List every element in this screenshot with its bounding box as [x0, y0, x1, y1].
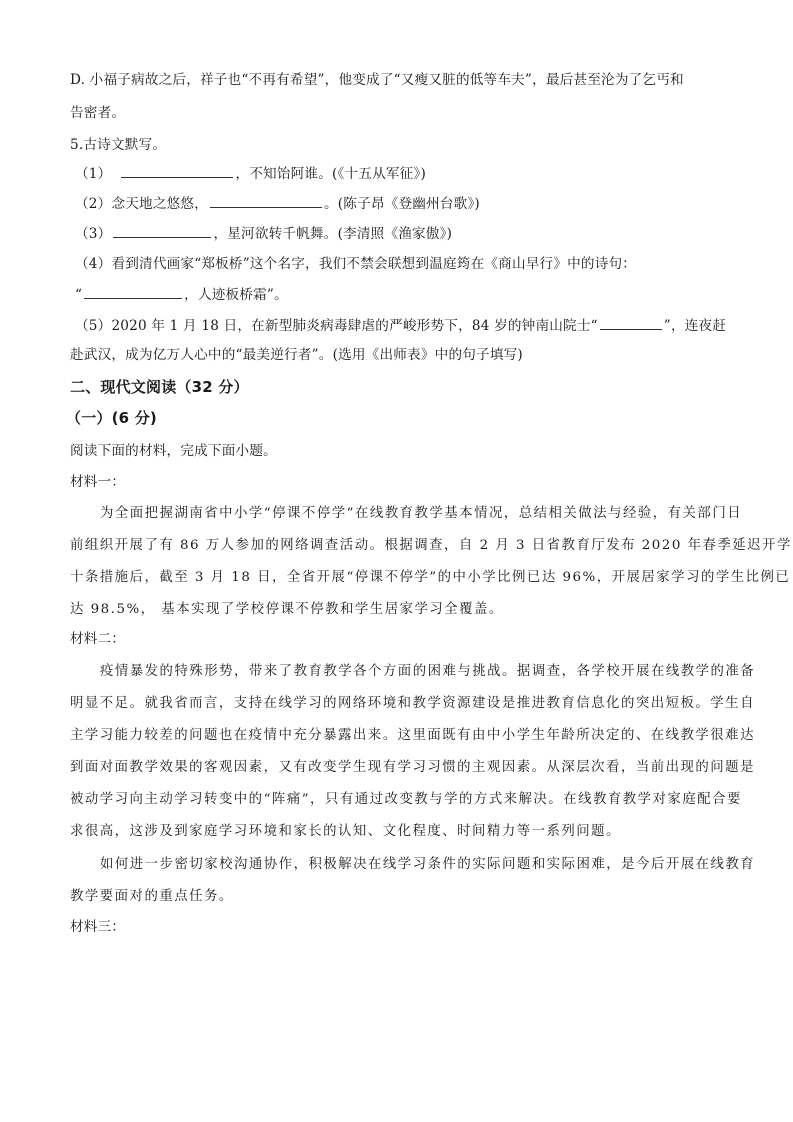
item-text: 2020 年 1 月 18 日，在新型肺炎病毒肆虐的严峻形势下，84 岁的钟南山… — [111, 318, 597, 334]
answer-blank[interactable] — [210, 193, 322, 208]
material2-line: 求很高，这涉及到家庭学习环境和家长的认知、文化程度、时间精力等一系列问题。 — [70, 822, 621, 842]
poem-item-3: （3），星河欲转千帆舞。(李清照《渔家傲》) — [75, 223, 452, 244]
section-subheading: （一）(6 分) — [66, 408, 157, 428]
material2-line: 明显不足。就我省而言，支持在线学习的网络环境和教学资源建设是推进教育信息化的突出… — [70, 694, 755, 714]
item-text: ，人迹板桥霜”。 — [184, 287, 288, 303]
item-text: 看到清代画家“郑板桥”这个名字，我们不禁会联想到温庭筠在《商山早行》中的诗句： — [111, 256, 636, 272]
material2-line: 疫情暴发的特殊形势，带来了教育教学各个方面的困难与挑战。据调查，各学校开展在线教… — [100, 662, 755, 682]
item-text: “ — [75, 287, 82, 303]
item-text: 。(陈子昂《登幽州台歌》) — [324, 196, 480, 212]
material3-label: 材料三： — [70, 917, 125, 937]
option-d-line2: 告密者。 — [70, 103, 125, 123]
document-page: D. 小福子病故之后，祥子也“不再有希望”，他变成了“又瘦又脏的低等车夫”，最后… — [0, 0, 793, 1122]
item-number: （5） — [75, 318, 111, 334]
item-text: ”，连夜赶 — [664, 318, 726, 334]
question5-title: 5.古诗文默写。 — [70, 135, 166, 155]
material1-line: 前组织开展了有 86 万人参加的网络调查活动。根据调查，自 2 月 3 日省教育… — [70, 536, 792, 556]
poem-item-2: （2）念天地之悠悠，。(陈子昂《登幽州台歌》) — [75, 193, 480, 214]
section-heading: 二、现代文阅读（32 分） — [70, 377, 249, 397]
item-number: （3） — [75, 226, 111, 242]
option-d-line1: D. 小福子病故之后，祥子也“不再有希望”，他变成了“又瘦又脏的低等车夫”，最后… — [70, 70, 684, 90]
answer-blank[interactable] — [600, 315, 662, 330]
material2-line: 教学要面对的重点任务。 — [70, 887, 234, 907]
material2-line: 如何进一步密切家校沟通协作，积极解决在线学习条件的实际问题和实际困难，是今后开展… — [100, 855, 755, 875]
material1-line: 为全面把握湖南省中小学“停课不停学”在线教育教学基本情况，总结相关做法与经验，有… — [100, 504, 742, 524]
poem-item-5-line2: 赴武汉，成为亿万人心中的“最美逆行者”。(选用《出师表》中的句子填写) — [70, 345, 523, 365]
instruction-text: 阅读下面的材料，完成下面小题。 — [70, 441, 277, 461]
material1-line: 达 98.5%， 基本实现了学校停课不停教和学生居家学习全覆盖。 — [70, 600, 504, 620]
material1-label: 材料一： — [70, 472, 125, 492]
answer-blank[interactable] — [121, 163, 233, 178]
answer-blank[interactable] — [113, 223, 211, 238]
poem-item-5: （5）2020 年 1 月 18 日，在新型肺炎病毒肆虐的严峻形势下，84 岁的… — [75, 315, 726, 336]
material2-line: 到面对面教学效果的客观因素，又有改变学生现有学习习惯的主观因素。从深层次看，当前… — [70, 758, 755, 778]
material2-label: 材料二： — [70, 629, 125, 649]
poem-item-1: （1），不知饴阿谁。(《十五从军征》) — [75, 163, 426, 184]
item-text: 念天地之悠悠， — [111, 196, 208, 212]
item-number: （1） — [75, 166, 111, 182]
material1-line: 十条措施后，截至 3 月 18 日，全省开展“停课不停学”的中小学比例已达 96… — [70, 568, 790, 588]
item-text: ，星河欲转千帆舞。(李清照《渔家傲》) — [213, 226, 452, 242]
item-number: （2） — [75, 196, 111, 212]
poem-item-4: （4）看到清代画家“郑板桥”这个名字，我们不禁会联想到温庭筠在《商山早行》中的诗… — [75, 254, 636, 274]
material2-line: 被动学习向主动学习转变中的“阵痛”，只有通过改变教与学的方式来解决。在线教育教学… — [70, 790, 742, 810]
answer-blank[interactable] — [84, 284, 182, 299]
item-number: （4） — [75, 256, 111, 272]
poem-item-4-line2: “，人迹板桥霜”。 — [75, 284, 288, 305]
item-text: ，不知饴阿谁。(《十五从军征》) — [235, 166, 426, 182]
material2-line: 主学习能力较差的问题也在疫情中充分暴露出来。这里面既有由中小学生年龄所决定的、在… — [70, 726, 755, 746]
